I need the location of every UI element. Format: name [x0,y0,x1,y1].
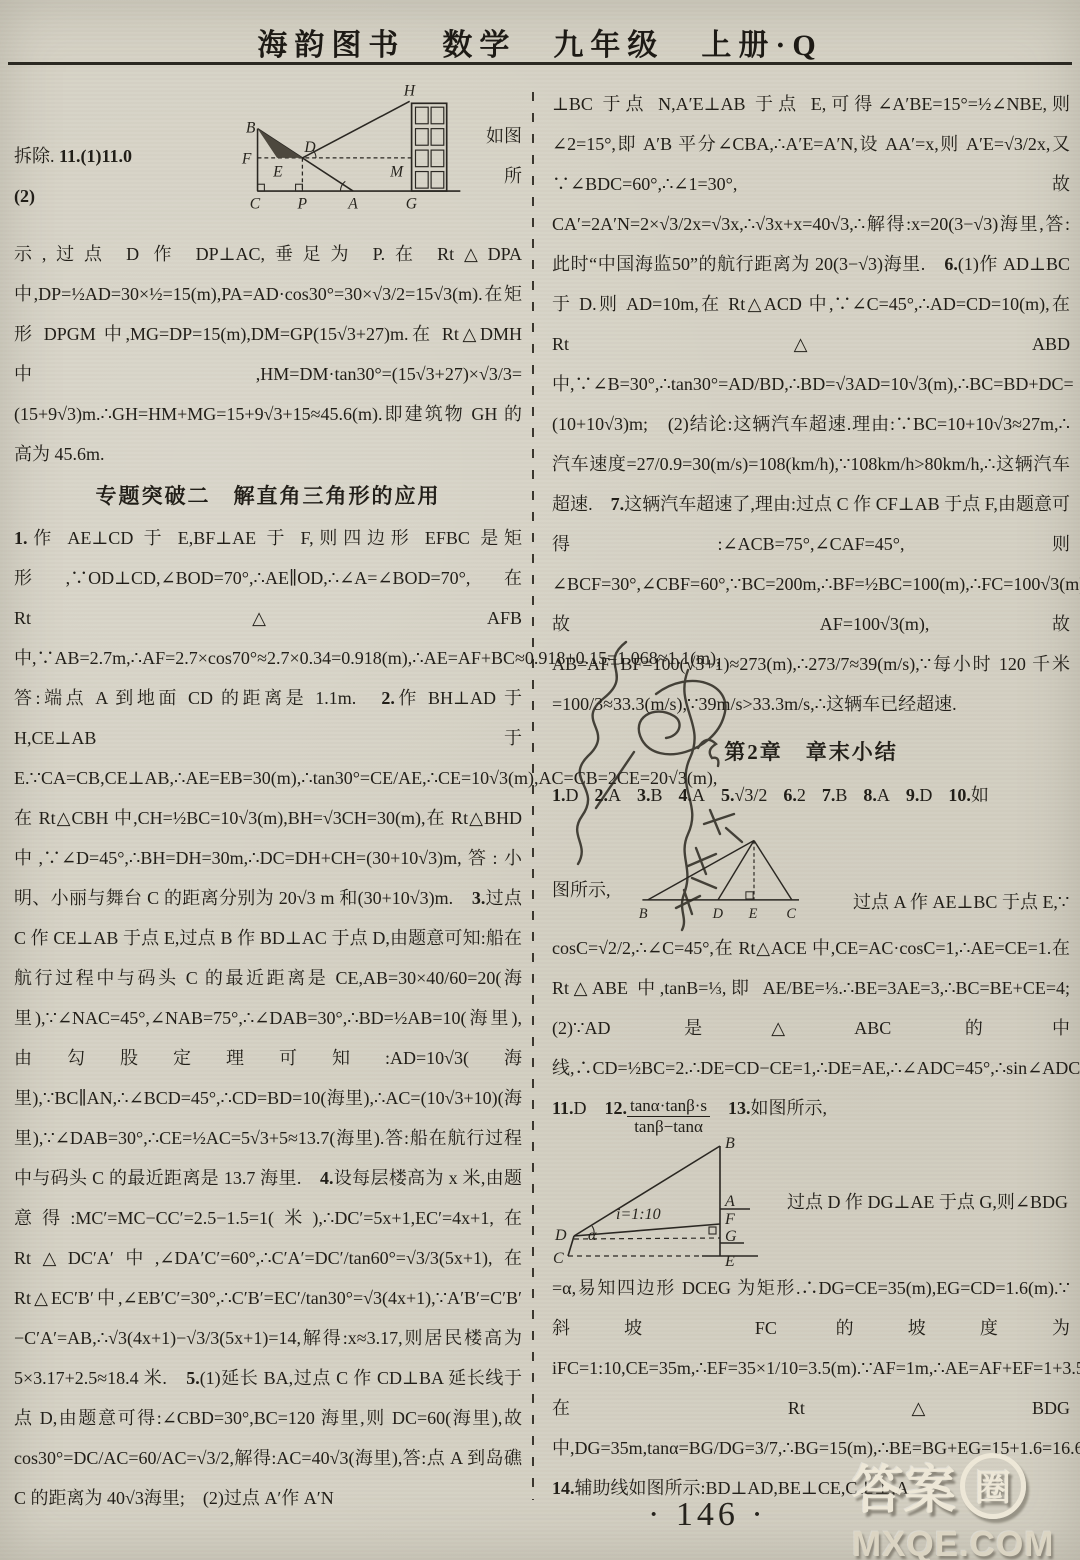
answer-value: B [651,785,663,805]
scanned-answer-page: 海韵图书 数学 九年级 上册·Q 拆除. 11.(1)11.0 (2) [0,0,1080,1560]
answer-value: A [608,785,621,805]
answer-number: 2. [595,785,609,805]
answer-number: 3. [637,785,651,805]
figure-row-slope13: B A F G E D C i=1:10 α 过点 D 作 DG⊥AE 于点 G… [552,1136,1070,1268]
item-number: 6. [944,254,958,274]
fig1-label-M: M [389,163,404,180]
figure2-lead-text: 图所示, [552,870,628,910]
fig1-label-F: F [241,151,252,168]
fig2-label-D: D [712,906,724,922]
item-text: (1)作 AD⊥BC 于 D.则 AD=10m,在 Rt△ACD 中,∵∠C=4… [552,254,1074,514]
answer-value: 如图所示, [751,1098,828,1118]
fig1-label-A: A [347,196,358,213]
chapter2-answers-row: 1.D2.A3.B4.A5.√3/26.27.B8.A9.D10.如 [552,774,1070,816]
answer-number: 5. [721,785,735,805]
answer-number: 1. [552,785,566,805]
item-number: 1. [14,528,28,548]
watermark: 答案 圈 MXQE.COM [852,1448,1077,1560]
answer-number: 11. [552,1098,574,1118]
answer12-fraction: tanα·tanβ·stanβ−tanα [627,1096,710,1136]
figure3-trail-text: 过点 D 作 DG⊥AE 于点 G,则∠BDG [787,1182,1070,1222]
figure2-trail-text: 过点 A 作 AE⊥BC 于点 E,∵ [853,882,1070,922]
fig3-label-D: D [554,1227,567,1244]
answer-number: 8. [863,785,877,805]
fraction-denominator: tanβ−tanα [627,1116,710,1137]
fig2-label-E: E [748,906,758,922]
answer-number: 13. [728,1098,751,1118]
answer-value: B [835,785,847,805]
solution-11-paragraph: 示,过点 D 作 DP⊥AC,垂足为 P.在 Rt△DPA 中,DP=½AD=3… [14,234,522,474]
item-text: (1)延长 BA,过点 C 作 CD⊥BA 延长线于点 D,由题意可得:∠CBD… [14,1368,522,1508]
item-number: 5. [186,1368,200,1388]
page-number: · 146 · [648,1496,767,1534]
fig1-label-P: P [297,196,308,213]
item-number: 2. [381,688,395,708]
left-column: 拆除. 11.(1)11.0 (2) [14,78,522,1518]
watermark-logo-text: 答案 [852,1448,956,1523]
fig1-label-B: B [246,120,256,137]
answer-value: D [919,785,932,805]
right-column: ⊥BC 于点 N,A′E⊥AB 于点 E,可得∠A′BE=15°=½∠NBE,则… [552,84,1070,1508]
item-number: 7. [611,494,625,514]
figure-row-building: 拆除. 11.(1)11.0 (2) [14,78,522,230]
solution-10-text: cosC=√2/2,∴∠C=45°,在 Rt△ACE 中,CE=AC·cosC=… [552,938,1080,1078]
item-text: 这辆汽车超速了,理由:过点 C 作 CF⊥AB 于点 F,由题意可得:∠ACB=… [552,494,1080,714]
page-header-title: 海韵图书 数学 九年级 上册·Q [0,20,1080,64]
watermark-logo: 答案 圈 [852,1448,1077,1523]
fig2-label-B: B [639,906,648,922]
figure-building-diagram: B H D F E M C P A G [162,78,474,230]
fig3-label-alpha: α [588,1227,597,1244]
fig1-label-E: E [272,163,283,180]
answer-value: A [877,785,890,805]
section-title-zhuanti: 专题突破二 解直角三角形的应用 [14,474,522,518]
answer-number: 6. [783,785,797,805]
answer-number: 9. [906,785,920,805]
figure-row-triangle10: 图所示, B D E C 过点 A 作 AE⊥BC 于点 E,∵ [552,816,1070,928]
fig1-label-G: G [406,196,417,213]
fig3-label-E: E [724,1253,735,1268]
answer-value: D [566,785,579,805]
fig2-label-C: C [786,906,796,922]
fig3-label-B: B [725,1136,735,1152]
answer-number: 10. [948,785,971,805]
answer-value: D [574,1098,605,1118]
left-items-paragraph: 1.作 AE⊥CD 于 E,BF⊥AE 于 F,则四边形 EFBC 是矩形,∵O… [14,518,522,1518]
fig3-label-G: G [725,1228,737,1245]
item-text: 过点 C 作 CE⊥AB 于点 E,过点 B 作 BD⊥AC 于点 D,由题意可… [14,888,522,1188]
continuation-text: ⊥BC 于点 N,A′E⊥AB 于点 E,可得∠A′BE=15°=½∠NBE,则… [552,94,1070,274]
item-number: 3. [472,888,486,908]
fig3-label-slope: i=1:10 [616,1206,661,1223]
watermark-logo-circle: 圈 [960,1453,1026,1519]
fig3-label-C: C [553,1250,564,1267]
figure1-lead-text: 拆除. 11.(1)11.0 (2) [14,136,162,216]
demolish-text: 拆除. [14,146,55,166]
answer-number: 7. [822,785,836,805]
column-divider [532,92,534,1500]
item-number: 4. [320,1168,334,1188]
solution-13-text: =α,易知四边形 DCEG 为矩形.∴DG=CE=35(m),EG=CD=1.6… [552,1278,1080,1458]
answer-number: 4. [679,785,693,805]
header-rule [8,62,1072,65]
fig1-label-H: H [403,83,416,100]
section-title-chapter2: 第2章 章末小结 [552,730,1070,774]
item-number: 14. [552,1478,575,1498]
answer-value: 如 [971,785,989,805]
fraction-numerator: tanα·tanβ·s [627,1096,710,1116]
fig3-label-F: F [724,1211,735,1228]
fig1-label-C: C [250,196,261,213]
fig3-label-A: A [724,1193,735,1210]
answer-value: √3/2 [735,785,768,805]
figure1-trail-text: 如图所 [474,116,522,196]
right-mid-paragraph: cosC=√2/2,∴∠C=45°,在 Rt△ACE 中,CE=AC·cosC=… [552,928,1070,1136]
answer-value: 2 [797,785,806,805]
answer-number: 12. [605,1098,628,1118]
figure-slope-diagram: B A F G E D C i=1:10 α [552,1136,787,1268]
item-text: 设每层楼高为 x 米,由题意得:MC′=MC−CC′=2.5−1.5=1(米),… [14,1168,522,1388]
right-top-paragraph: ⊥BC 于点 N,A′E⊥AB 于点 E,可得∠A′BE=15°=½∠NBE,则… [552,84,1070,724]
figure-triangle-diagram: B D E C [628,816,853,928]
watermark-site-url: MXQE.COM [852,1525,1077,1560]
fig1-label-D: D [303,139,316,156]
answer-value: A [692,785,705,805]
